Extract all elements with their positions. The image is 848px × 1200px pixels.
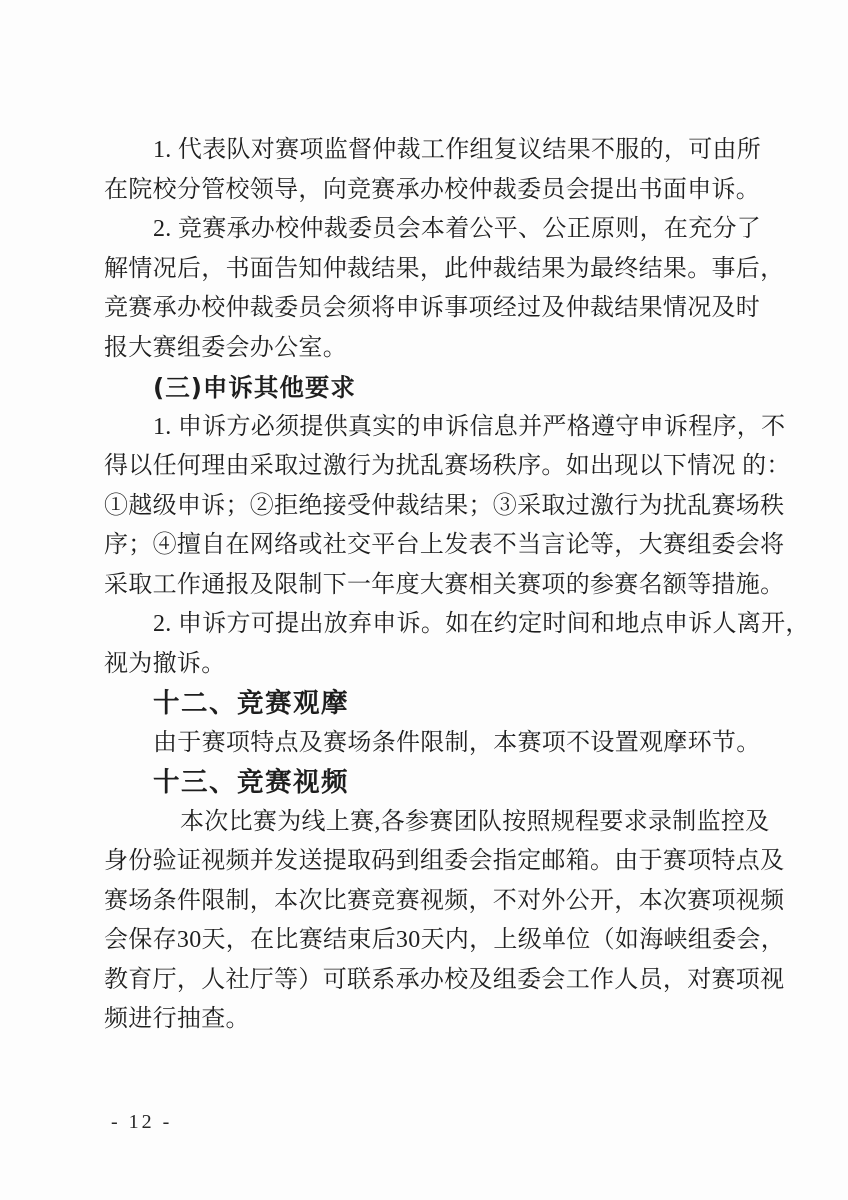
section-heading-12-competition-observation: 十二、竞赛观摩 — [104, 684, 794, 724]
paragraph-line: 身份验证视频并发送提取码到组委会指定邮箱。由于赛项特点及 — [104, 842, 794, 882]
paragraph-line: 本次比赛为线上赛,各参赛团队按照规程要求录制监控及 — [104, 803, 794, 843]
paragraph-line: 解情况后，书面告知仲裁结果，此仲裁结果为最终结果。事后， — [104, 250, 794, 290]
paragraph-line: 序；④擅自在网络或社交平台上发表不当言论等，大赛组委会将 — [104, 526, 794, 566]
paragraph-line: 由于赛项特点及赛场条件限制，本赛项不设置观摩环节。 — [104, 724, 794, 764]
list-item-line: 2. 竞赛承办校仲裁委员会本着公平、公正原则，在充分了 — [104, 210, 794, 250]
paragraph-line: 会保存30天，在比赛结束后30天内，上级单位（如海峡组委会， — [104, 921, 794, 961]
paragraph-line: 视为撤诉。 — [104, 645, 794, 685]
paragraph-line: ①越级申诉；②拒绝接受仲裁结果；③采取过激行为扰乱赛场秩 — [104, 487, 794, 527]
section-heading-13-competition-video: 十三、竞赛视频 — [104, 763, 794, 803]
paragraph-line: 在院校分管校领导，向竞赛承办校仲裁委员会提出书面申诉。 — [104, 171, 794, 211]
paragraph-line: 报大赛组委会办公室。 — [104, 329, 794, 369]
paragraph-line: 竞赛承办校仲裁委员会须将申诉事项经过及仲裁结果情况及时 — [104, 289, 794, 329]
document-body: 1. 代表队对赛项监督仲裁工作组复议结果不服的，可由所 在院校分管校领导，向竞赛… — [104, 131, 794, 1040]
paragraph-line: 得以任何理由采取过激行为扰乱赛场秩序。如出现以下情况 的： — [104, 447, 794, 487]
paragraph-line: 赛场条件限制，本次比赛竞赛视频，不对外公开，本次赛项视频 — [104, 882, 794, 922]
page-number: - 12 - — [111, 1107, 172, 1137]
paragraph-line: 教育厅，人社厅等）可联系承办校及组委会工作人员，对赛项视 — [104, 961, 794, 1001]
list-item-line: 1. 申诉方必须提供真实的申诉信息并严格遵守申诉程序，不 — [104, 408, 794, 448]
paragraph-line: 频进行抽查。 — [104, 1000, 794, 1040]
paragraph-line: 采取工作通报及限制下一年度大赛相关赛项的参赛名额等措施。 — [104, 566, 794, 606]
list-item-line: 2. 申诉方可提出放弃申诉。如在约定时间和地点申诉人离开， — [104, 605, 794, 645]
list-item-line: 1. 代表队对赛项监督仲裁工作组复议结果不服的，可由所 — [104, 131, 794, 171]
document-page: 1. 代表队对赛项监督仲裁工作组复议结果不服的，可由所 在院校分管校领导，向竞赛… — [0, 0, 848, 1200]
subsection-heading-appeal-other-requirements: (三)申诉其他要求 — [104, 368, 794, 408]
